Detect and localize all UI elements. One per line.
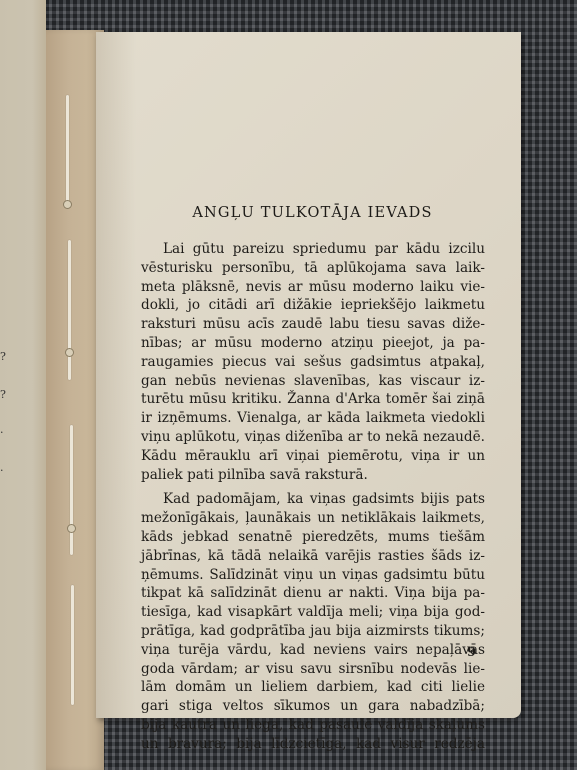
text-line: turētu mūsu kritiku. Žanna d'Arka tomēr … [141,390,485,409]
text-line: un bravura; bija līdzcietīga, kad visur … [141,735,485,754]
binding-stitch [68,240,71,380]
text-line: gan nebūs nevienas slavenības, kas visca… [141,372,485,391]
text-line: meta plāksnē, nevis ar mūsu moderno laik… [141,278,485,297]
text-line: paliek pati pilnība savā raksturā. [141,466,485,485]
text-line: prātīga, kad godprātība jau bija aizmirs… [141,622,485,641]
chapter-title: ANGĻU TULKOTĀJA IEVADS [100,205,525,221]
text-line: dokli, jo citādi arī dižākie iepriekšējo… [141,296,485,315]
margin-mark: ? [0,388,10,426]
paragraph-1: Lai gūtu pareizu spriedumu par kādu izci… [141,240,485,484]
stitch-knot [67,524,76,533]
text-line: raksturi mūsu acīs zaudē labu tiesu sava… [141,315,485,334]
binding-stitch [66,95,69,205]
text-line: kāds jebkad senatnē pieredzēts, mums tie… [141,528,485,547]
margin-mark: · [0,426,10,464]
left-page-margin-marks: ? ? · · [0,350,10,502]
binding-stitch [70,425,73,555]
text-line: bija kautra un liega, kad pasaulē valdīj… [141,716,485,735]
text-line: goda vārdam; ar visu savu sirsnību nodev… [141,660,485,679]
text-line: viņu aplūkotu, viņas diženība ar to nekā… [141,428,485,447]
text-line: nības; ar mūsu moderno atziņu pieejot, j… [141,334,485,353]
text-line: lām domām un lieliem darbiem, kad citi l… [141,678,485,697]
text-line: jābrīnas, kā tādā nelaikā varējis rastie… [141,547,485,566]
text-line: mežonīgākais, ļaunākais un netiklākais l… [141,509,485,528]
text-line: ir izņēmums. Vienalga, ar kāda laikmeta … [141,409,485,428]
margin-mark: ? [0,350,10,388]
binding-stitch [71,585,74,705]
page-number: 9 [467,645,476,660]
stitch-knot [63,200,72,209]
text-line: viņa turēja vārdu, kad neviens vairs nep… [141,641,485,660]
text-line: ņēmums. Salīdzināt viņu un viņas gadsimt… [141,566,485,585]
page-body: Lai gūtu pareizu spriedumu par kādu izci… [141,240,485,754]
margin-mark: · [0,464,10,502]
text-line: raugamies piecus vai sešus gadsimtus atp… [141,353,485,372]
text-line: Lai gūtu pareizu spriedumu par kādu izci… [141,240,485,259]
text-line: vēsturisku personību, tā aplūkojama sava… [141,259,485,278]
text-line: Kādu mērauklu arī viņai piemērotu, viņa … [141,447,485,466]
paragraph-2: Kad padomājam, ka viņas gadsimts bijis p… [141,490,485,753]
text-line: Kad padomājam, ka viņas gadsimts bijis p… [141,490,485,509]
text-line: gari stiga veltos sīkumos un gara nabadz… [141,697,485,716]
text-line: tiesīga, kad visapkārt valdīja meli; viņ… [141,603,485,622]
text-line: tikpat kā salīdzināt dienu ar nakti. Viņ… [141,584,485,603]
stitch-knot [65,348,74,357]
